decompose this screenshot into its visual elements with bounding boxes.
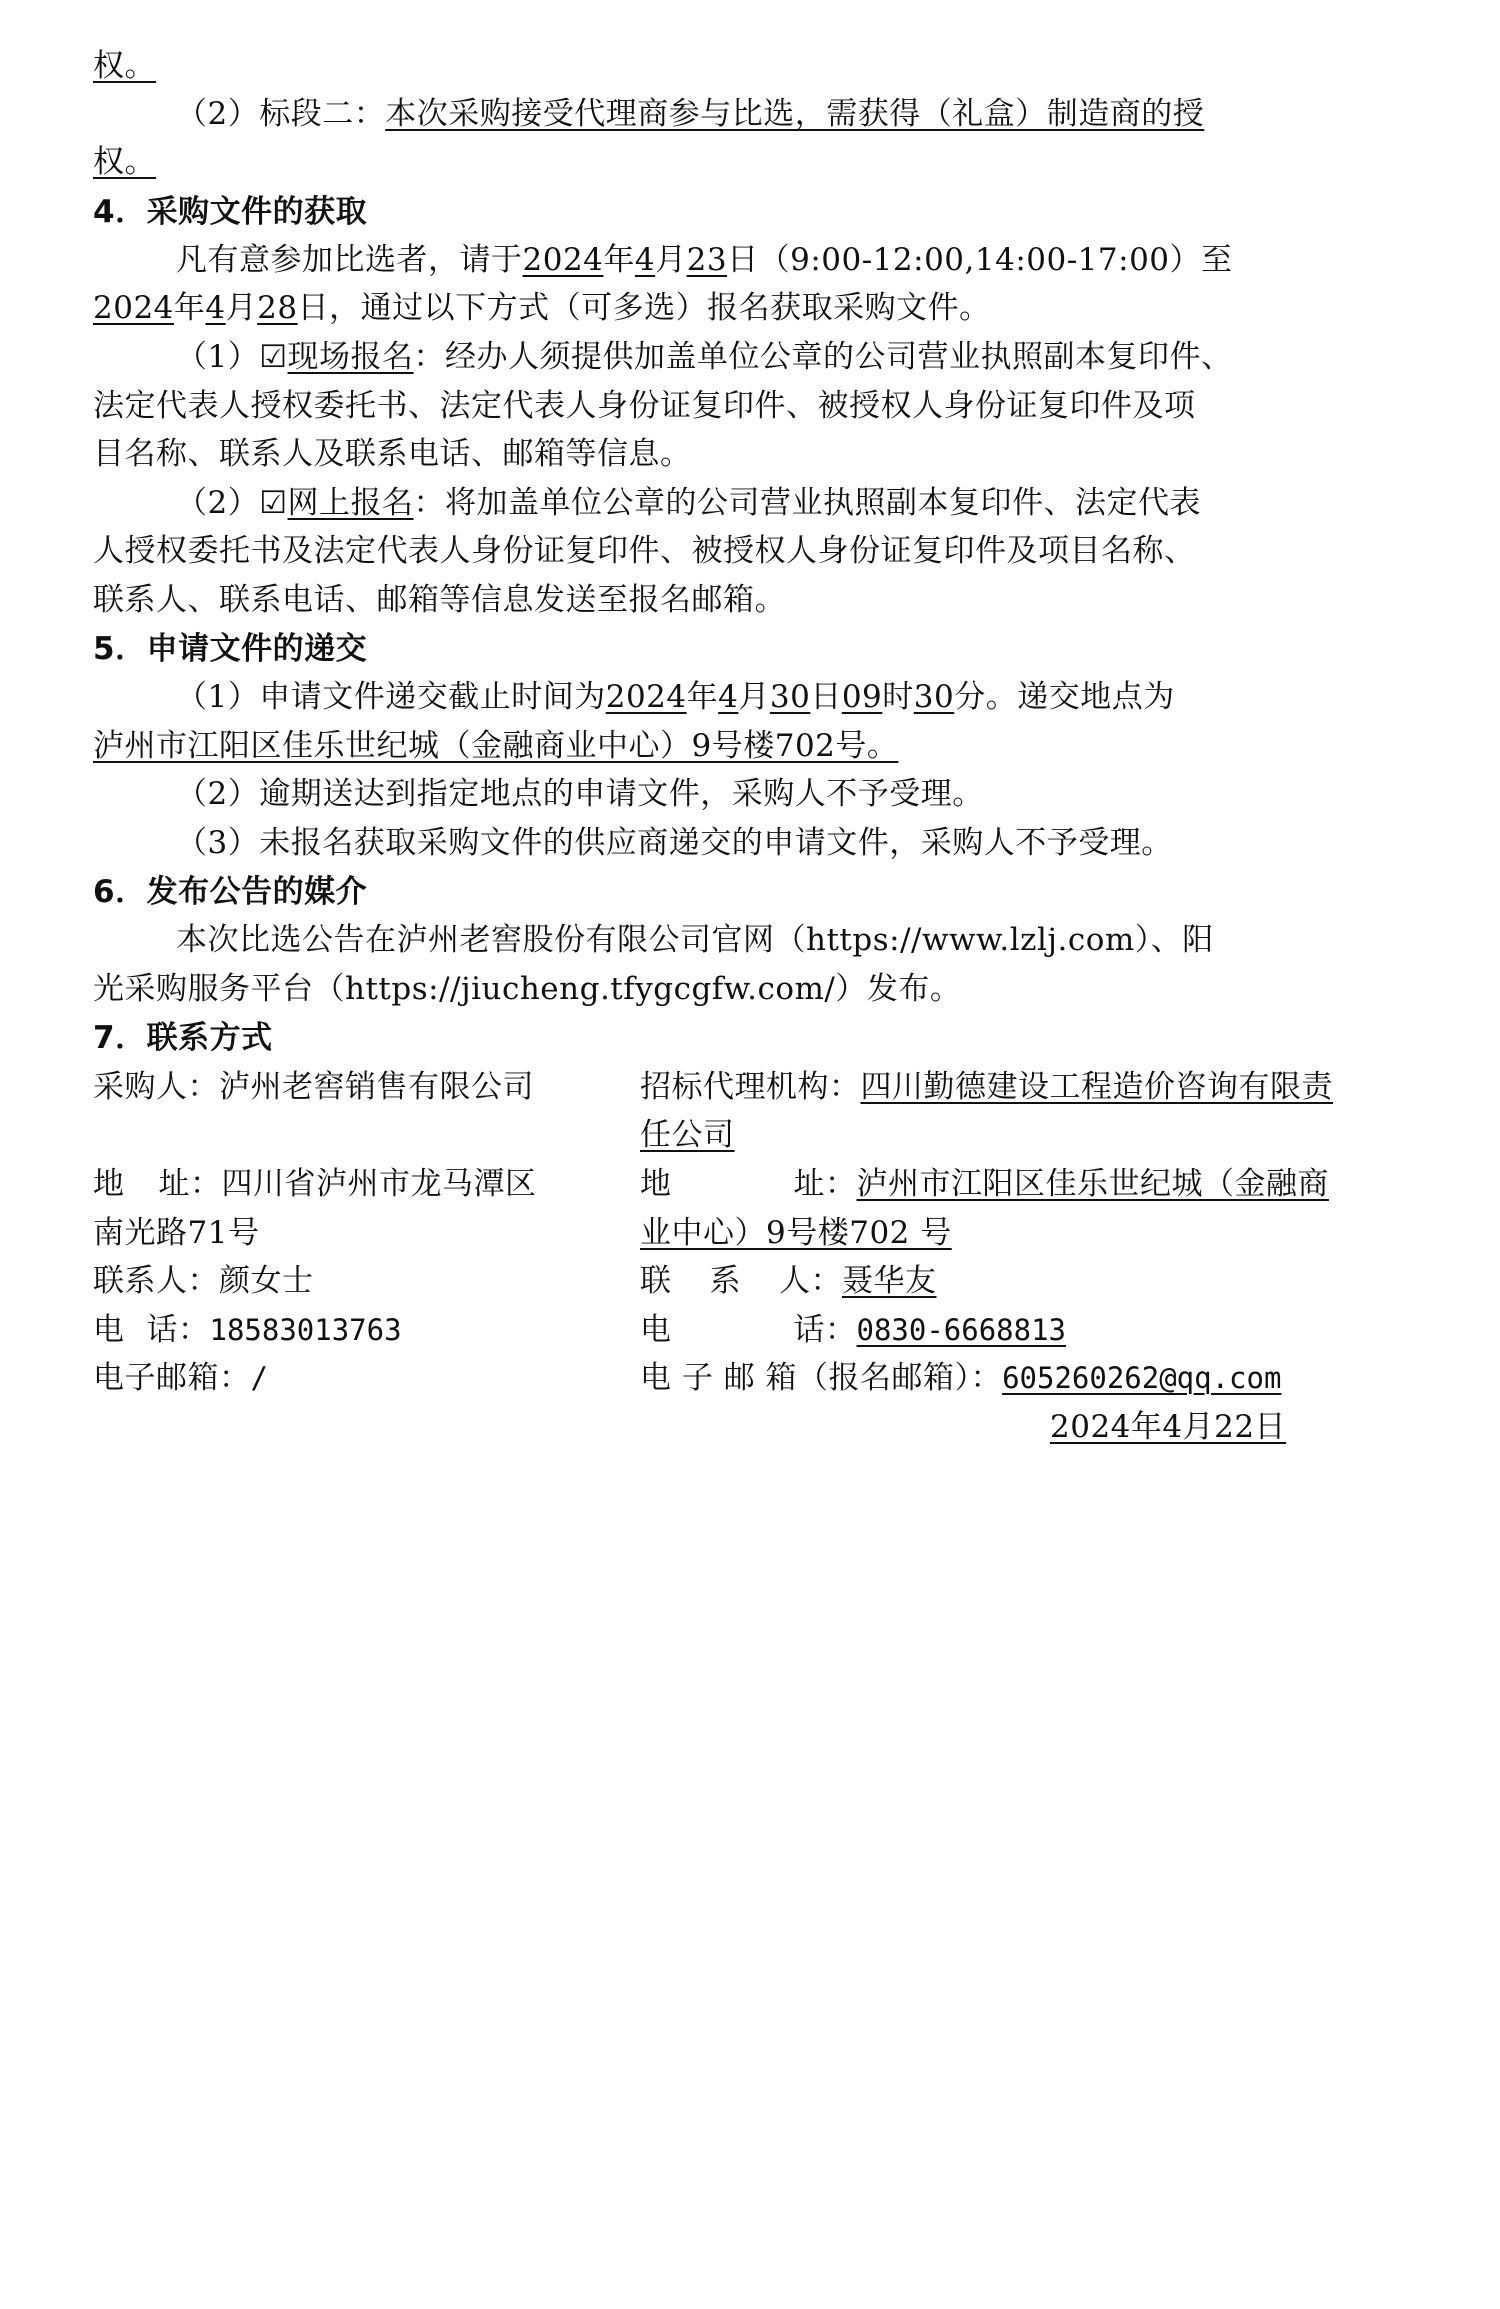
para-text: 年 (687, 679, 719, 715)
colon: ： (414, 339, 446, 375)
start-month: 4 (635, 242, 655, 278)
agency-name-row: 招标代理机构：四川勤德建设工程造价咨询有限责 (640, 1067, 1333, 1107)
section7-heading: 7．联系方式 (93, 1018, 273, 1058)
section4-para1-line1: 凡有意参加比选者，请于2024年4月23日（9:00-12:00,14:00-1… (176, 240, 1233, 280)
agency-label: 招标代理机构： (640, 1069, 861, 1105)
lot2-prefix: （2）标段二： (176, 96, 385, 132)
deadline-month: 4 (718, 679, 738, 715)
purchaser-phone-row: 电话：18583013763 (93, 1310, 402, 1350)
agency-address-row-2: 业中心）9号楼702 号 (640, 1213, 952, 1253)
colon: ： (414, 485, 446, 521)
agency-phone: 0830-6668813 (857, 1313, 1067, 1347)
para-text: 日 (810, 679, 842, 715)
para-text: 月 (738, 679, 770, 715)
para-text: 年 (174, 290, 206, 326)
section5-heading: 5．申请文件的递交 (93, 629, 367, 669)
contact-label: 联系人： (93, 1263, 219, 1299)
agency-address: 泸州市江阳区佳乐世纪城（金融商 (857, 1166, 1330, 1202)
phone-label: 电 (93, 1312, 125, 1348)
start-day: 23 (687, 242, 727, 278)
para-text: （1）申请文件递交截止时间为 (176, 679, 606, 715)
section3-item2: （2）标段二：本次采购接受代理商参与比选，需获得（礼盒）制造商的授 (176, 94, 1204, 134)
end-day: 28 (257, 290, 297, 326)
purchaser-label: 采购人： (93, 1069, 219, 1105)
para-text: 凡有意参加比选者，请于 (176, 242, 523, 278)
email-label: 电子邮箱： (93, 1360, 251, 1396)
para-text: 日，通过以下方式（可多选）报名获取采购文件。 (298, 290, 991, 326)
agency-name-continued: 任公司 (640, 1117, 735, 1153)
authorization-tail-2: 权。 (93, 144, 156, 180)
para-text: 月 (655, 242, 687, 278)
para-text: 月 (226, 290, 258, 326)
deadline-minute: 30 (914, 679, 954, 715)
para-text: 年 (603, 242, 635, 278)
purchaser-email-row: 电子邮箱：/ (93, 1358, 268, 1398)
deadline-year: 2024 (606, 679, 687, 715)
section3-item2-tail: 权。 (93, 142, 156, 182)
agency-address-row: 地址：泸州市江阳区佳乐世纪城（金融商 (640, 1164, 1329, 1204)
purchaser-name-row: 采购人：泸州老窖销售有限公司 (93, 1067, 534, 1107)
option2-line2: 人授权委托书及法定代表人身份证复印件、被授权人身份证复印件及项目名称、 (93, 531, 1196, 571)
address-label: 地 (93, 1166, 125, 1202)
para-text: 日（9:00-12:00,14:00-17:00）至 (727, 242, 1232, 278)
purchaser-address-row: 地址：四川省泸州市龙马潭区 (93, 1164, 537, 1204)
purchaser-address-row-2: 南光路71号 (93, 1213, 259, 1253)
phone-label: 电 (640, 1312, 672, 1348)
purchaser-contact-row: 联系人：颜女士 (93, 1261, 314, 1301)
agency-name: 四川勤德建设工程造价咨询有限责 (861, 1069, 1334, 1105)
address-label: 址： (794, 1166, 857, 1202)
agency-contact-row: 联系人：聂华友 (640, 1261, 937, 1301)
onsite-registration-label: 现场报名 (288, 339, 414, 375)
section4-heading: 4．采购文件的获取 (93, 192, 367, 232)
para-text: 时 (882, 679, 914, 715)
option-number: （2） (176, 485, 259, 521)
contact-label: 系 (710, 1263, 742, 1299)
contact-label: 人： (779, 1263, 842, 1299)
phone-label: 话： (147, 1312, 210, 1348)
section4-para1-line2: 2024年4月28日，通过以下方式（可多选）报名获取采购文件。 (93, 288, 991, 328)
option1-line3: 目名称、联系人及联系电话、邮箱等信息。 (93, 434, 692, 474)
option-text: 经办人须提供加盖单位公章的公司营业执照副本复印件、 (445, 339, 1233, 375)
agency-email[interactable]: 605260262@qq.com (1002, 1361, 1281, 1395)
section3-line1-tail: 权。 (93, 46, 156, 86)
authorization-tail-1: 权。 (93, 48, 156, 84)
section5-item1-line1: （1）申请文件递交截止时间为2024年4月30日09时30分。递交地点为 (176, 677, 1175, 717)
phone-label: 话： (794, 1312, 857, 1348)
section5-item2: （2）逾期送达到指定地点的申请文件，采购人不予受理。 (176, 774, 984, 814)
purchaser-contact: 颜女士 (219, 1263, 314, 1299)
purchaser-name: 泸州老窖销售有限公司 (219, 1069, 534, 1105)
option2-line3: 联系人、联系电话、邮箱等信息发送至报名邮箱。 (93, 580, 786, 620)
option1-line2: 法定代表人授权委托书、法定代表人身份证复印件、被授权人身份证复印件及项 (93, 386, 1196, 426)
purchaser-phone: 18583013763 (210, 1313, 402, 1347)
online-registration-label: 网上报名 (288, 485, 414, 521)
purchaser-email: / (251, 1361, 268, 1395)
signing-date: 2024年4月22日 (1050, 1409, 1286, 1445)
section6-heading: 6．发布公告的媒介 (93, 872, 367, 912)
option-number: （1） (176, 339, 259, 375)
document-date: 2024年4月22日 (1050, 1407, 1286, 1447)
section6-line1: 本次比选公告在泸州老窖股份有限公司官网（https://www.lzlj.com… (176, 920, 1214, 960)
section5-item3: （3）未报名获取采购文件的供应商递交的申请文件，采购人不予受理。 (176, 823, 1173, 863)
deadline-day: 30 (770, 679, 810, 715)
option1-line1: （1）☑现场报名：经办人须提供加盖单位公章的公司营业执照副本复印件、 (176, 337, 1233, 377)
agency-name-row-2: 任公司 (640, 1115, 735, 1155)
document-page: 权。 （2）标段二：本次采购接受代理商参与比选，需获得（礼盒）制造商的授 权。 … (0, 0, 1500, 2309)
address-label: 地 (640, 1166, 672, 1202)
option2-line1: （2）☑网上报名：将加盖单位公章的公司营业执照副本复印件、法定代表 (176, 483, 1201, 523)
deadline-hour: 09 (842, 679, 882, 715)
end-year: 2024 (93, 290, 174, 326)
agency-email-row: 电 子 邮 箱（报名邮箱）：605260262@qq.com (640, 1358, 1281, 1398)
agency-contact: 聂华友 (842, 1263, 937, 1299)
agency-address-continued: 业中心）9号楼702 号 (640, 1215, 952, 1251)
purchaser-address: 四川省泸州市龙马潭区 (222, 1166, 537, 1202)
lot2-text: 本次采购接受代理商参与比选，需获得（礼盒）制造商的授 (385, 96, 1204, 132)
end-month: 4 (205, 290, 225, 326)
checked-checkbox-icon: ☑ (259, 483, 287, 523)
submission-address: 泸州市江阳区佳乐世纪城（金融商业中心）9号楼702号。 (93, 728, 898, 764)
address-label: 址： (159, 1166, 222, 1202)
email-label: 电 子 邮 箱（报名邮箱）： (640, 1360, 1002, 1396)
para-text: 分。递交地点为 (954, 679, 1175, 715)
checked-checkbox-icon: ☑ (259, 337, 287, 377)
agency-phone-row: 电话：0830-6668813 (640, 1310, 1066, 1350)
start-year: 2024 (523, 242, 604, 278)
section5-item1-line2: 泸州市江阳区佳乐世纪城（金融商业中心）9号楼702号。 (93, 726, 898, 766)
section6-line2: 光采购服务平台（https://jiucheng.tfygcgfw.com/）发… (93, 969, 961, 1009)
contact-label: 联 (640, 1263, 672, 1299)
option-text: 将加盖单位公章的公司营业执照副本复印件、法定代表 (445, 485, 1201, 521)
